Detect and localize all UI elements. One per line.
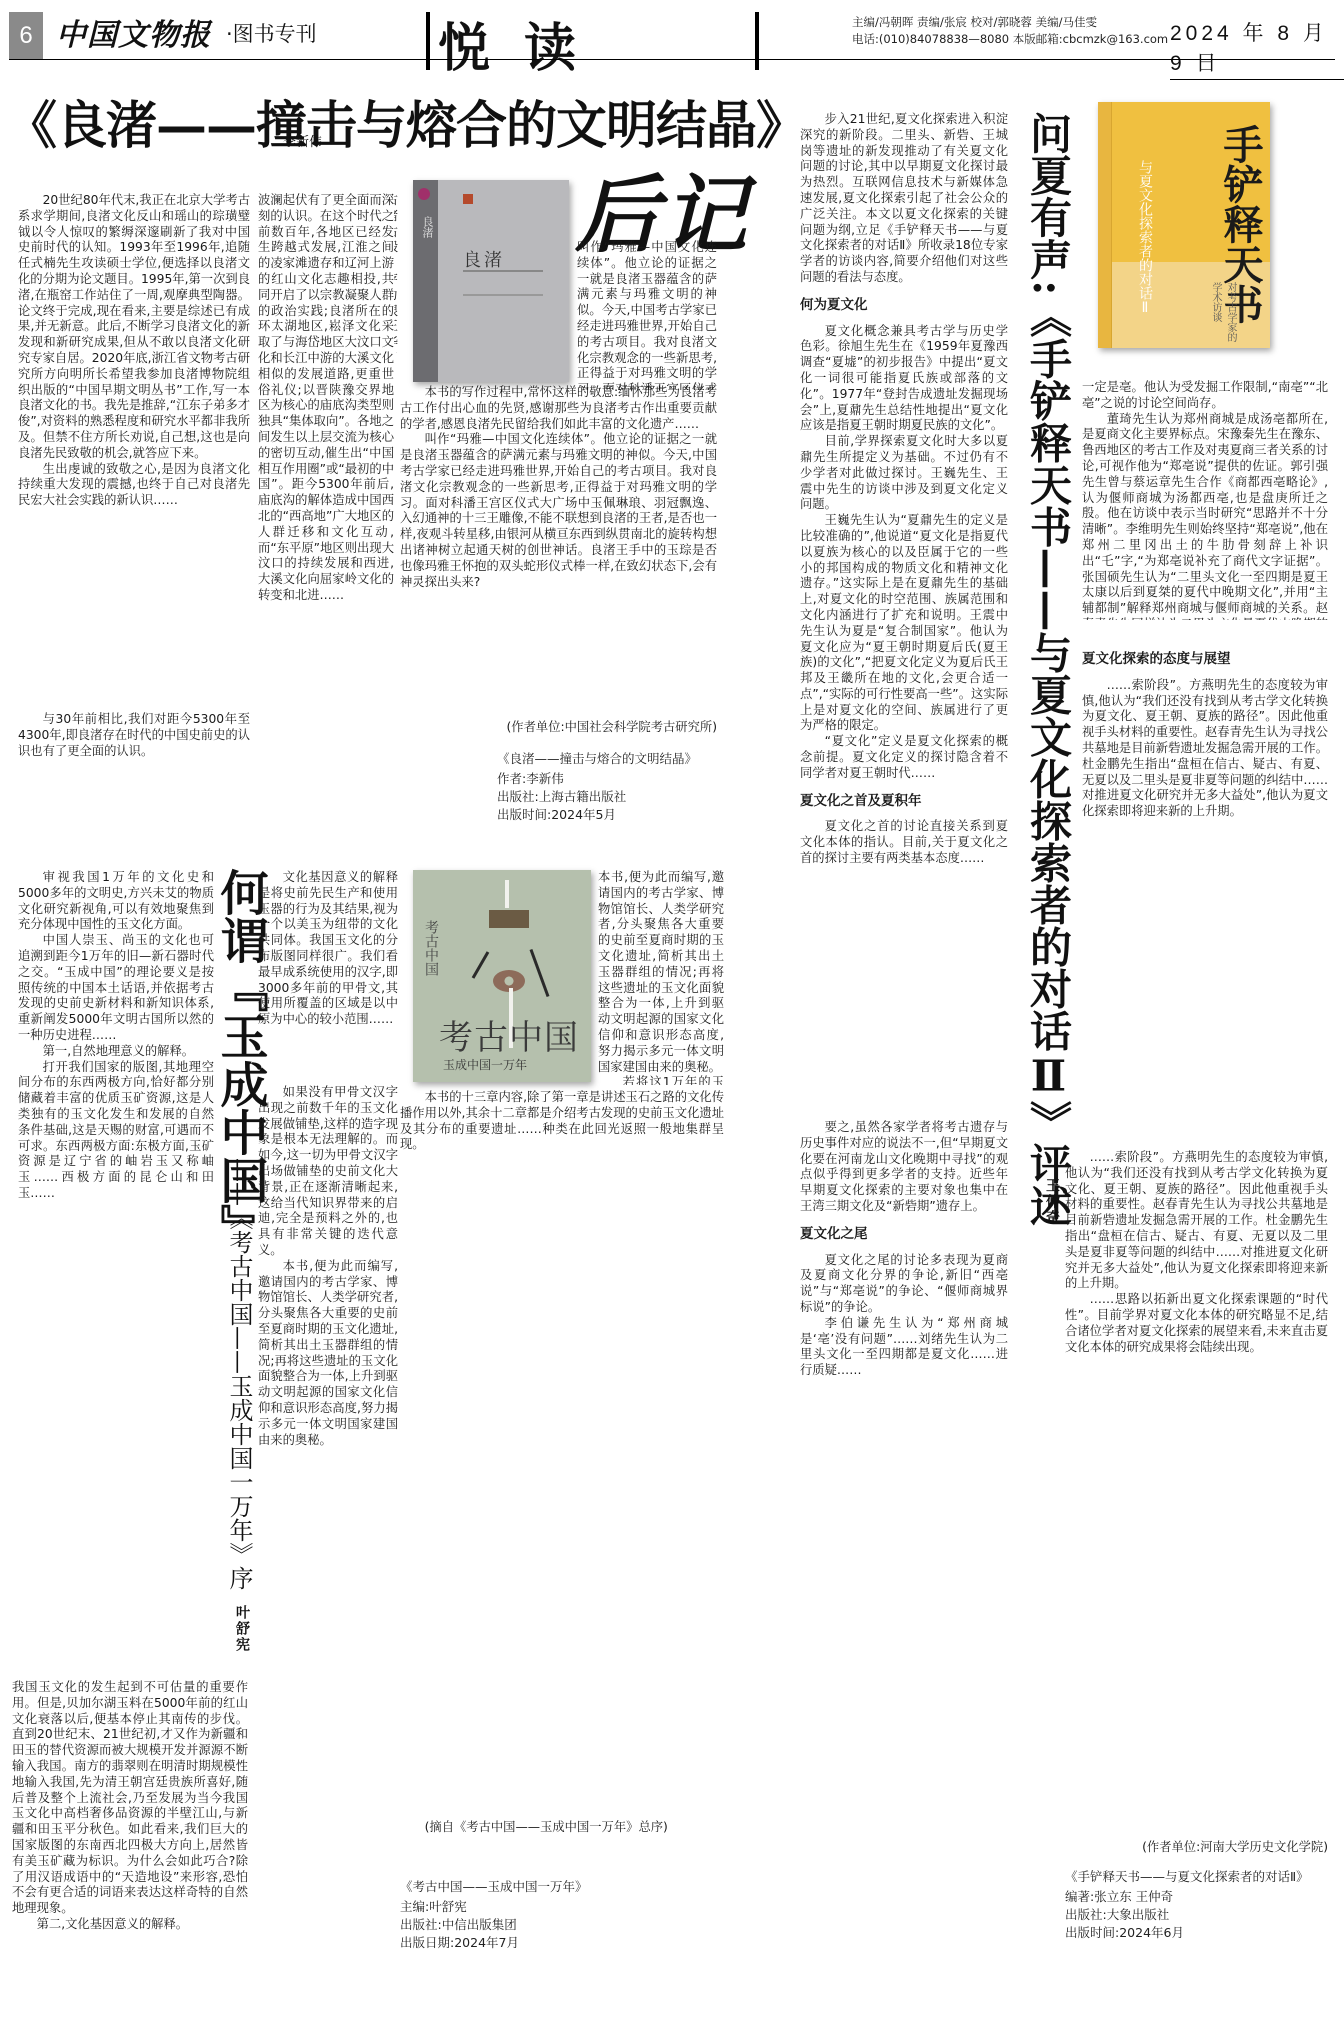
issue-date: 2024 年 8 月 9 日 [1170, 17, 1344, 80]
article3-column-2b: 夏文化探索的态度与展望 ……索阶段”。方燕明先生的态度较为审慎,他认为“我们还没… [1082, 640, 1328, 1140]
masthead-rule [9, 59, 1335, 60]
series-logo-icon [463, 194, 473, 204]
book-date: 出版时间:2024年6月 [1065, 1924, 1309, 1942]
editor-credits: 主编/冯朝晖 责编/张宸 校对/郭晓蓉 美编/马佳雯 电话:(010)84078… [852, 14, 1168, 48]
article3-author: 王仲奇 [1042, 1178, 1062, 1226]
paragraph: “夏文化”定义是夏文化探索的概念前提。夏文化定义的探讨隐含着不同学者对夏王朝时代… [800, 734, 1008, 781]
section-heading: 夏文化探索的态度与展望 [1082, 652, 1328, 668]
article2-column-1: 审视我国1万年的文化史和5000多年的文明史,方兴未艾的物质文化研究新视角,可以… [18, 870, 214, 1750]
paragraph: 波澜起伏有了更全面而深刻的认识。在这个时代之前数百年,各地区已经发生跨越式发展,… [258, 193, 394, 604]
oracle-stroke [472, 951, 490, 978]
article2-source-note: (摘自《考古中国——玉成中国一万年》总序) [400, 1820, 724, 1860]
article1-author: 李新伟 [283, 131, 322, 150]
book-date: 出版时间:2024年5月 [497, 806, 697, 824]
article3-affiliation: (作者单位:河南大学历史文化学院) [1065, 1840, 1328, 1860]
article1-column-3: 叫作“玛雅—中国文化连续体”。他立论的证据之一就是良渚玉器蕴含的萨满元素与玛雅文… [577, 240, 717, 390]
paragraph: 叫作“玛雅—中国文化连续体”。他立论的证据之一就是良渚玉器蕴含的萨满元素与玛雅文… [400, 432, 717, 590]
paragraph: 夏文化概念兼具考古学与历史学色彩。徐旭生先生在《1959年夏豫西调查“夏墟”的初… [800, 324, 1008, 435]
article2-subtitle: ——《考古中国——玉成中国一万年》序 [225, 1158, 253, 1590]
page-number: 6 [9, 12, 43, 60]
masthead-divider [426, 12, 430, 70]
paragraph: 要之,虽然各家学者将考古遗存与历史事件对应的说法不一,但“早期夏文化要在河南龙山… [800, 1120, 1008, 1215]
cover-title: 良渚 [463, 246, 505, 272]
oracle-stroke [530, 949, 550, 997]
book-title: 《良渚——撞击与熔合的文明结晶》 [497, 750, 697, 768]
article3-column-2: 一定是亳。他认为受发掘工作限制,“南亳”“北亳”之说的讨论空间尚存。 董琦先生认… [1082, 380, 1328, 620]
editor-line: 主编/冯朝晖 责编/张宸 校对/郭晓蓉 美编/马佳雯 [852, 14, 1168, 31]
article1-affiliation: (作者单位:中国社会科学院考古研究所) [400, 720, 717, 740]
paragraph: 文化基因意义的解释是将史前先民生产和使用玉器的行为及其结果,视为一个以美玉为纽带… [258, 870, 398, 1028]
book-title: 《考古中国——玉成中国一万年》 [400, 1878, 588, 1896]
cover-vertical-title: 考古中国 [421, 920, 441, 976]
article1-column-2: 波澜起伏有了更全面而深刻的认识。在这个时代之前数百年,各地区已经发生跨越式发展,… [258, 193, 394, 813]
cover-subtitle: 玉成中国一万年 [443, 1056, 527, 1073]
book-publisher: 出版社:上海古籍出版社 [497, 788, 697, 806]
article3-book-info: 《手铲释天书——与夏文化探索者的对话Ⅱ》 编著:张立东 王仲奇 出版社:大象出版… [1065, 1868, 1309, 1942]
paragraph: 我国玉文化的发生起到不可估量的重要作用。但是,贝加尔湖玉料在5000年前的红山文… [12, 1680, 248, 1917]
paragraph: ……索阶段”。方燕明先生的态度较为审慎,他认为“我们还没有找到从考古学文化转换为… [1065, 1150, 1328, 1292]
article1-book-info: 《良渚——撞击与熔合的文明结晶》 作者:李新伟 出版社:上海古籍出版社 出版时间… [497, 750, 697, 824]
article3-intro: 步入21世纪,夏文化探索进入积淀深究的新阶段。二里头、新砦、王城岗等遗址的新发现… [800, 112, 1008, 286]
paragraph: 本书的十三章内容,除了第一章是讲述玉石之路的文化传播作用以外,其余十二章都是介绍… [400, 1090, 724, 1153]
article2-column-3: 本书,便为此而编写,邀请国内的考古学家、博物馆馆长、人类学研究者,分头聚焦各大重… [598, 870, 724, 1085]
article2-column-4: 本书的十三章内容,除了第一章是讲述玉石之路的文化传播作用以外,其余十二章都是介绍… [400, 1090, 724, 1790]
paragraph: 王巍先生认为“夏鼐先生的定义是比较准确的”,他说道“夏文化是指夏代以夏族为核心的… [800, 513, 1008, 734]
book-author: 主编:叶舒宪 [400, 1898, 588, 1916]
paragraph: 打开我们国家的版图,其地理空间分布的东西两极方向,恰好都分别储藏着丰富的优质玉矿… [18, 1060, 214, 1202]
publisher-mark-icon [418, 188, 430, 200]
book-publisher: 出版社:中信出版集团 [400, 1916, 588, 1934]
article1-column-1: 20世纪80年代末,我正在北京大学考古系求学期间,良渚文化反山和瑶山的琮璜璧钺以… [18, 193, 250, 710]
cover-footer-text: 对考古学家的学术访谈 [1208, 282, 1238, 348]
section-heading: 何为夏文化 [800, 298, 1008, 314]
jade-artifact-image [489, 910, 529, 928]
paragraph: 如果没有甲骨文汉字出现之前数千年的玉文化发展做铺垫,这样的造字现象是根本无法理解… [258, 1085, 398, 1259]
book-author: 编著:张立东 王仲奇 [1065, 1888, 1309, 1906]
paragraph: 中国人崇玉、尚玉的文化也可追溯到距今1万年的旧—新石器时代之交。“玉成中国”的理… [18, 933, 214, 1044]
article3-column-1b: 要之,虽然各家学者将考古遗存与历史事件对应的说法不一,但“早期夏文化要在河南龙山… [800, 1120, 1008, 1900]
section-heading: 夏文化之首及夏积年 [800, 794, 1008, 810]
paragraph: ……索阶段”。方燕明先生的态度较为审慎,他认为“我们还没有找到从考古学文化转换为… [1082, 678, 1328, 820]
paragraph: 审视我国1万年的文化史和5000多年的文明史,方兴未艾的物质文化研究新视角,可以… [18, 870, 214, 933]
article1-title: 《良渚——撞击与熔合的文明结晶》 [6, 84, 806, 158]
article1-column-4: 本书的写作过程中,常怀这样的敬意:缅怀那些为良渚考古工作付出心血的先贤,感谢那些… [400, 385, 717, 715]
book-cover-liangzhu: 良渚 良渚 [413, 180, 569, 382]
article3-column-2c: ……索阶段”。方燕明先生的态度较为审慎,他认为“我们还没有找到从考古学文化转换为… [1065, 1150, 1328, 1840]
paragraph: 李伯谦先生认为“郑州商城是‘亳’没有问题”……刘绪先生认为二里头文化一至四期都是… [800, 1316, 1008, 1379]
oracle-stroke [505, 880, 509, 908]
paragraph: 第一,自然地理意义的解释。 [18, 1044, 214, 1060]
paragraph: 本书,便为此而编写,邀请国内的考古学家、博物馆馆长、人类学研究者,分头聚焦各大重… [598, 870, 724, 1075]
paragraph: 叫作“玛雅—中国文化连续体”。他立论的证据之一就是良渚玉器蕴含的萨满元素与玛雅文… [577, 240, 717, 390]
paragraph: 第二,文化基因意义的解释。 [12, 1917, 248, 1930]
cover-spine [1098, 102, 1112, 348]
book-cover-kaogu-zhongguo: 考古中国 考古中国 玉成中国一万年 [413, 870, 591, 1082]
paragraph: 目前,学界探索夏文化时大多以夏鼐先生所提定义为基础。不过仍有不少学者对此做过探讨… [800, 434, 1008, 513]
book-title: 《手铲释天书——与夏文化探索者的对话Ⅱ》 [1065, 1868, 1309, 1886]
paragraph: 若将这1万年的玉文化叙事从中间分为两段,即对应通常所说的“上五千年”和“下五千年… [598, 1075, 724, 1085]
paragraph: 本书的写作过程中,常怀这样的敬意:缅怀那些为良渚考古工作付出心血的先贤,感谢那些… [400, 385, 717, 432]
section-heading: 夏文化之尾 [800, 1227, 1008, 1243]
paragraph: 本书,便为此而编写,邀请国内的考古学家、博物馆馆长、人类学研究者,分头聚焦各大重… [258, 1259, 398, 1449]
article1-column-1b: 与30年前相比,我们对距今5300年至4300年,即良渚存在时代的中国史前史的认… [18, 712, 250, 812]
cover-spine-title: 良渚 [419, 216, 435, 238]
paragraph: 生出虔诚的致敬之心,是因为良渚文化持续重大发现的震撼,也终于自己对良渚先民宏大社… [18, 462, 250, 509]
article2-book-info: 《考古中国——玉成中国一万年》 主编:叶舒宪 出版社:中信出版集团 出版日期:2… [400, 1878, 588, 1952]
paragraph: 与30年前相比,我们对距今5300年至4300年,即良渚存在时代的中国史前史的认… [18, 712, 250, 759]
article3-column-1: 步入21世纪,夏文化探索进入积淀深究的新阶段。二里头、新砦、王城岗等遗址的新发现… [800, 112, 1008, 1112]
cover-title: 考古中国 [439, 1010, 579, 1059]
supplement-name: ·图书专刊 [226, 18, 317, 48]
cover-text-lines [463, 270, 543, 272]
book-publisher: 出版社:大象出版社 [1065, 1906, 1309, 1924]
book-date: 出版日期:2024年7月 [400, 1934, 588, 1952]
paragraph: 董琦先生认为郑州商城是成汤亳都所在,是夏商文化主要界标点。宋豫秦先生在豫东、鲁西… [1082, 412, 1328, 620]
article2-author: 叶舒宪 [232, 1605, 252, 1653]
book-author: 作者:李新伟 [497, 770, 697, 788]
article3-title: 问夏有声:《手铲释天书——与夏文化探索者的对话Ⅱ》评述 [1023, 112, 1073, 1227]
newspaper-logo: 中国文物报 [56, 10, 211, 54]
article2-column-2a: 文化基因意义的解释是将史前先民生产和使用玉器的行为及其结果,视为一个以美玉为纽带… [258, 870, 398, 1100]
paragraph: 夏文化之尾的讨论多表现为夏商及夏商文化分界的争论,新旧“西亳说”与“郑亳说”的争… [800, 1253, 1008, 1316]
paragraph: 20世纪80年代末,我正在北京大学考古系求学期间,良渚文化反山和瑶山的琮璜璧钺以… [18, 193, 250, 462]
contact-line: 电话:(010)84078838—8080 本版邮箱:cbcmzk@163.co… [852, 31, 1168, 48]
paragraph: 一定是亳。他认为受发掘工作限制,“南亳”“北亳”之说的讨论空间尚存。 [1082, 380, 1328, 412]
article2-column-2: 如果没有甲骨文汉字出现之前数千年的玉文化发展做铺垫,这样的造字现象是根本无法理解… [258, 1085, 398, 1955]
paragraph: 夏文化之首的讨论直接关系到夏文化本体的指认。目前,关于夏文化之首的探讨主要有两类… [800, 819, 1008, 866]
masthead-divider [755, 12, 759, 70]
section-title: 悦读 [438, 6, 610, 81]
article2-column-1b: 我国玉文化的发生起到不可估量的重要作用。但是,贝加尔湖玉料在5000年前的红山文… [12, 1680, 248, 1930]
paragraph: ……思路以拓新出夏文化探索课题的“时代性”。目前学界对夏文化本体的研究略显不足,… [1065, 1292, 1328, 1355]
cover-subtitle: 与夏文化探索者的对话Ⅱ [1136, 160, 1154, 316]
book-cover-shouchan-shitianshu: 与夏文化探索者的对话Ⅱ 手铲释天书 对考古学家的学术访谈 [1098, 102, 1270, 348]
